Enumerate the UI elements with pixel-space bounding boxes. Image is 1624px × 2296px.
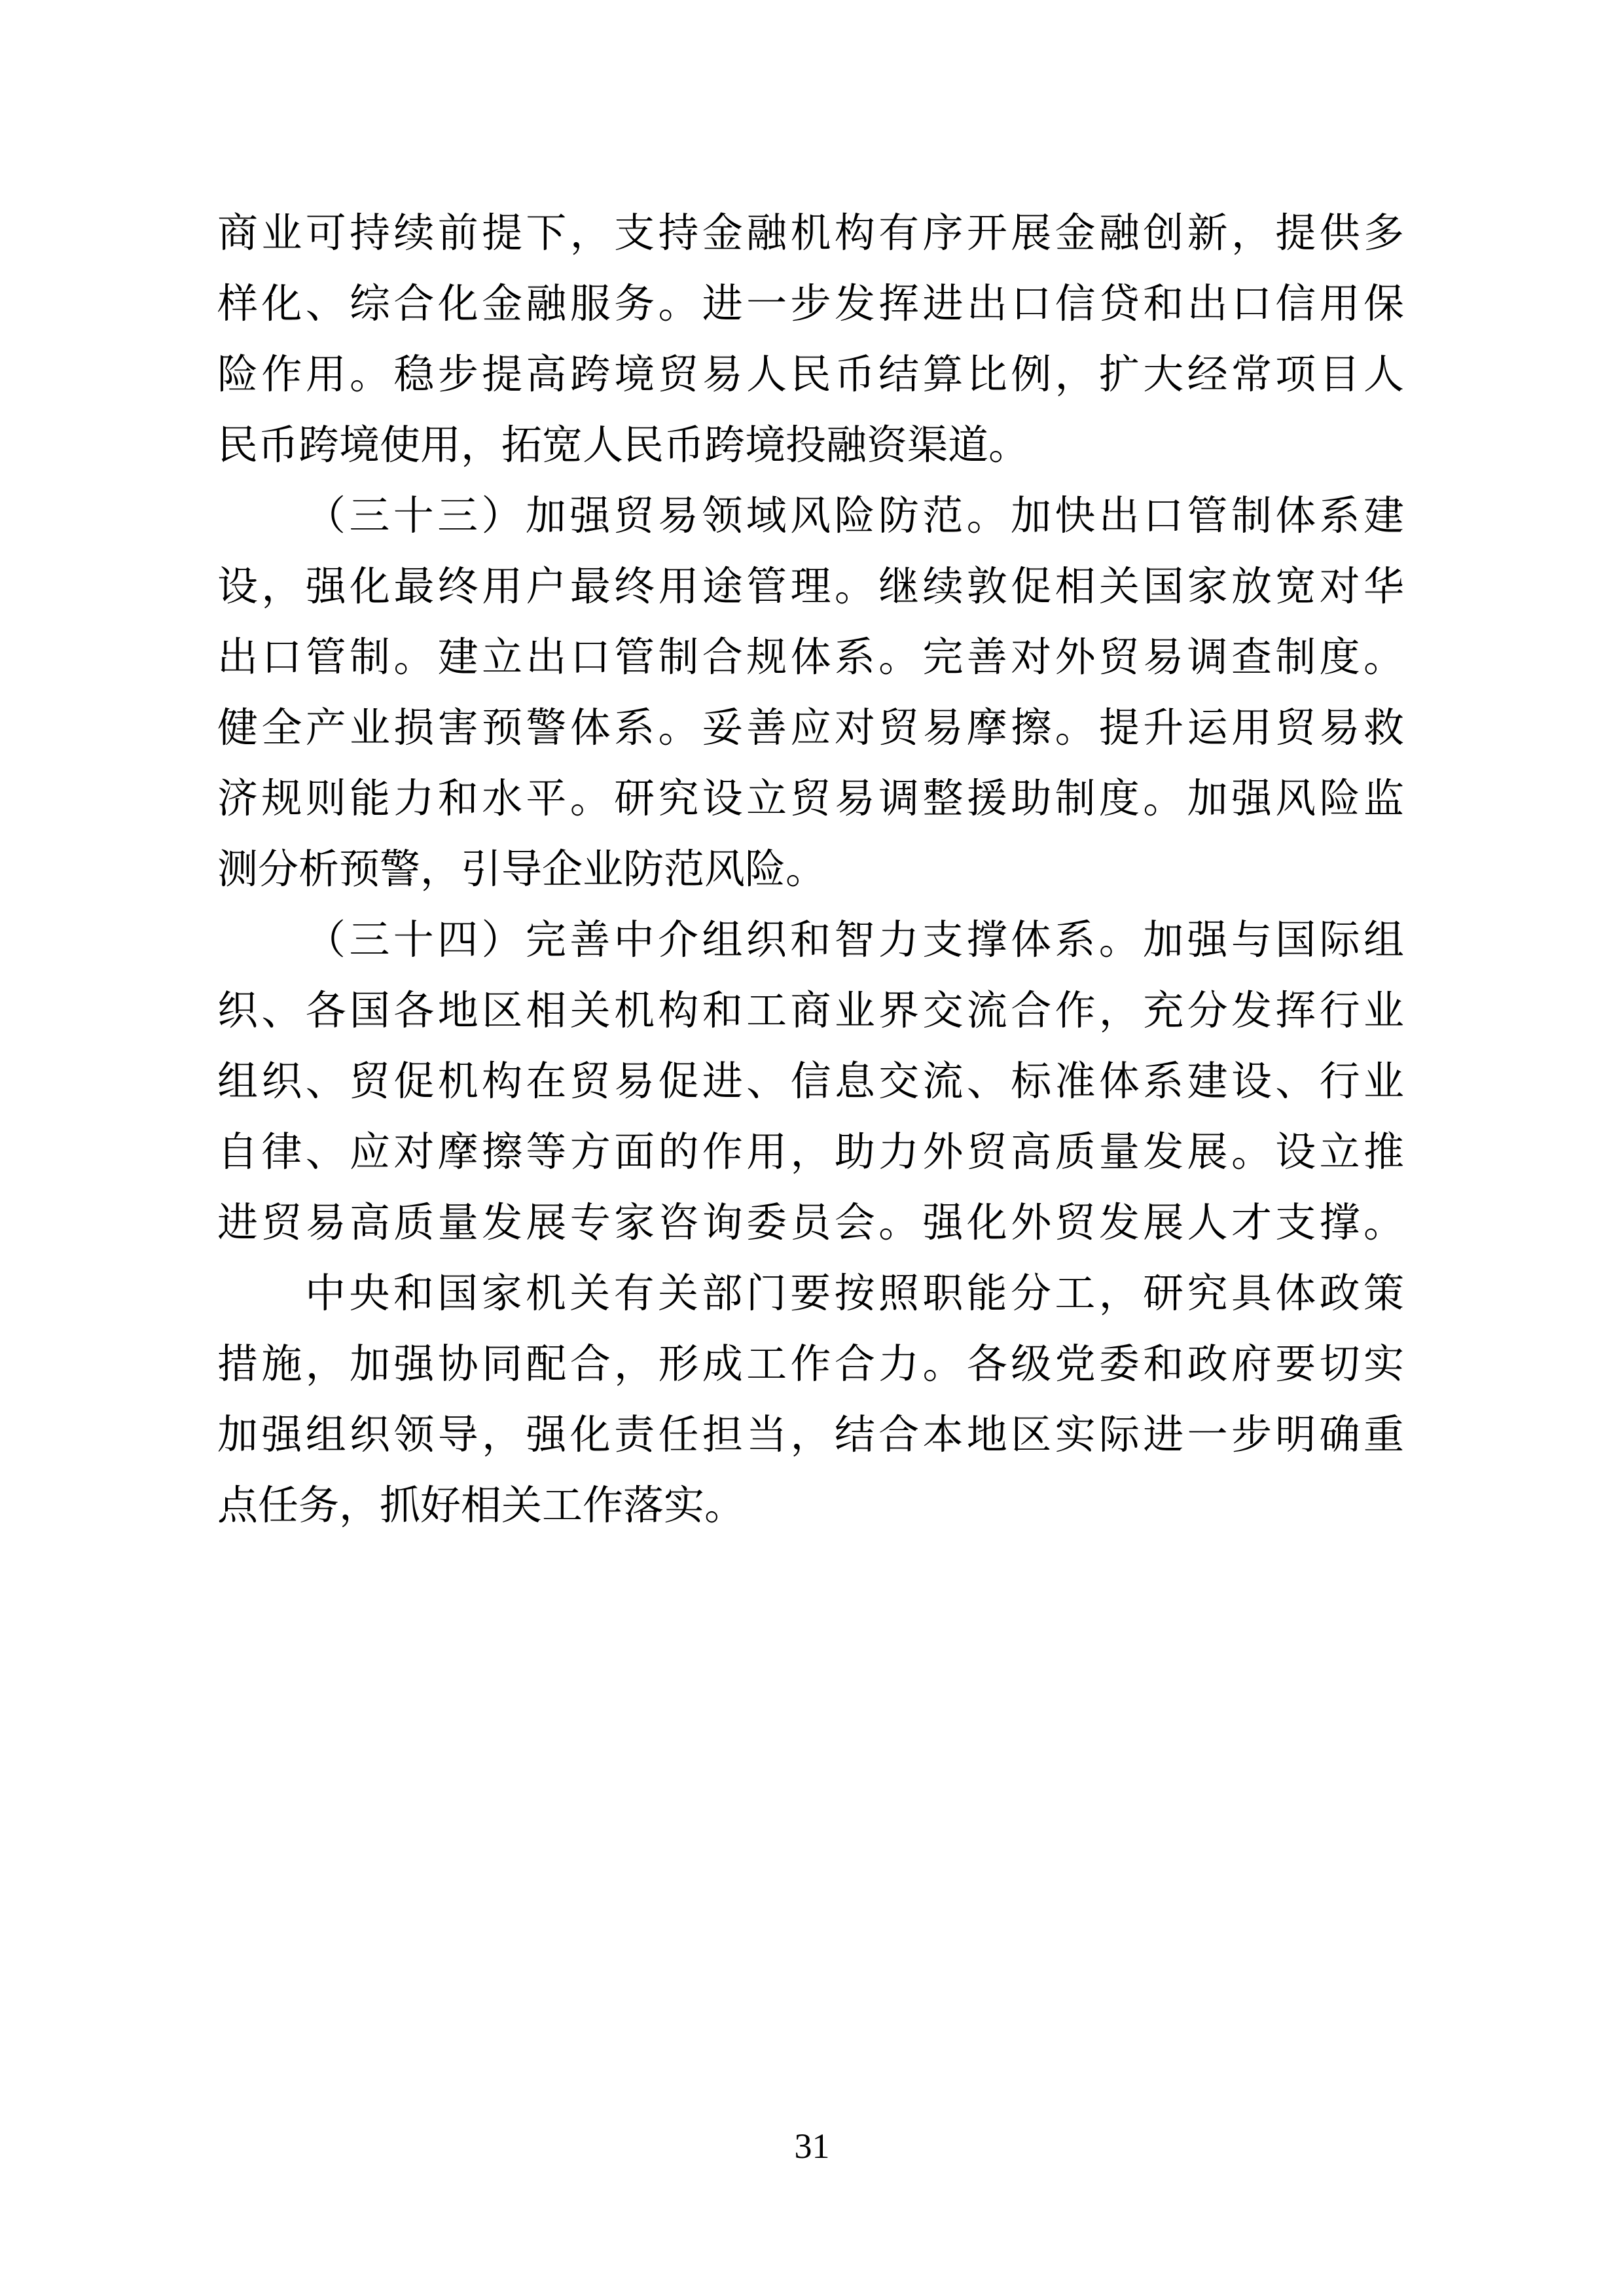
text-line: （三十四）完善中介组织和智力支撑体系。加强与国际组 xyxy=(217,905,1404,976)
text-line: 出口管制。建立出口管制合规体系。完善对外贸易调查制度。 xyxy=(217,622,1404,693)
text-line: 测分析预警，引导企业防范风险。 xyxy=(217,834,1404,905)
text-block: 商业可持续前提下，支持金融机构有序开展金融创新，提供多 样化、综合化金融服务。进… xyxy=(217,198,1404,1541)
text-line: 险作用。稳步提高跨境贸易人民币结算比例，扩大经常项目人 xyxy=(217,340,1404,410)
text-line: 设，强化最终用户最终用途管理。继续敦促相关国家放宽对华 xyxy=(217,552,1404,622)
page-number: 31 xyxy=(0,2128,1624,2164)
text-line: 点任务，抓好相关工作落实。 xyxy=(217,1471,1404,1541)
text-line: 样化、综合化金融服务。进一步发挥进出口信贷和出口信用保 xyxy=(217,269,1404,340)
document-page: 商业可持续前提下，支持金融机构有序开展金融创新，提供多 样化、综合化金融服务。进… xyxy=(0,0,1624,2296)
text-line: 济规则能力和水平。研究设立贸易调整援助制度。加强风险监 xyxy=(217,764,1404,834)
text-line: 中央和国家机关有关部门要按照职能分工，研究具体政策 xyxy=(217,1259,1404,1329)
text-line: 健全产业损害预警体系。妥善应对贸易摩擦。提升运用贸易救 xyxy=(217,693,1404,764)
text-line: 织、各国各地区相关机构和工商业界交流合作，充分发挥行业 xyxy=(217,976,1404,1047)
text-line: 进贸易高质量发展专家咨询委员会。强化外贸发展人才支撑。 xyxy=(217,1188,1404,1259)
text-line: 加强组织领导，强化责任担当，结合本地区实际进一步明确重 xyxy=(217,1400,1404,1471)
text-line: 民币跨境使用，拓宽人民币跨境投融资渠道。 xyxy=(217,410,1404,481)
text-line: （三十三）加强贸易领域风险防范。加快出口管制体系建 xyxy=(217,481,1404,552)
text-line: 商业可持续前提下，支持金融机构有序开展金融创新，提供多 xyxy=(217,198,1404,269)
text-line: 组织、贸促机构在贸易促进、信息交流、标准体系建设、行业 xyxy=(217,1047,1404,1117)
text-line: 措施，加强协同配合，形成工作合力。各级党委和政府要切实 xyxy=(217,1329,1404,1400)
text-line: 自律、应对摩擦等方面的作用，助力外贸高质量发展。设立推 xyxy=(217,1117,1404,1188)
